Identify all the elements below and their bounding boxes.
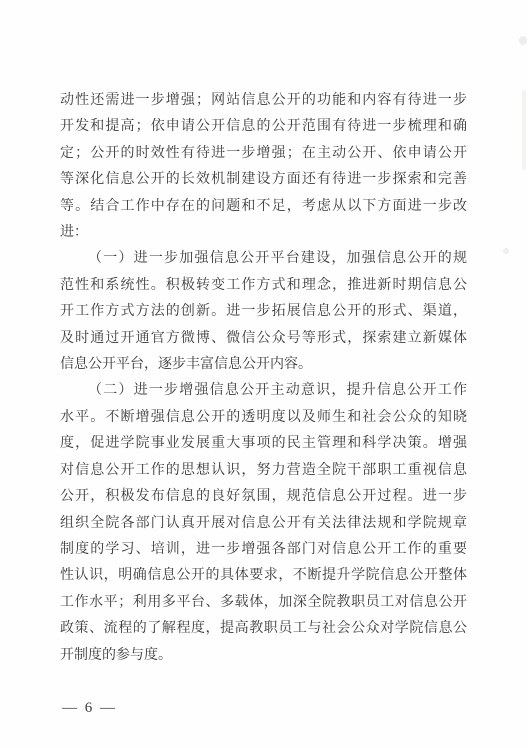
text-line: 度，促进学院事业发展重大事项的民主管理和科学决策。增强 bbox=[60, 431, 467, 457]
scan-artifact bbox=[519, 36, 527, 45]
text-line: 开工作方式方法的创新。进一步拓展信息公开的形式、渠道， bbox=[60, 299, 467, 325]
scan-artifact bbox=[503, 248, 509, 254]
text-line: 政策、流程的了解程度，提高教职员工与社会公众对学院信息公 bbox=[60, 616, 467, 642]
text-line: 动性还需进一步增强；网站信息公开的功能和内容有待进一步 bbox=[60, 88, 467, 114]
text-line: 进： bbox=[60, 220, 467, 246]
text-line: 及时通过开通官方微博、微信公众号等形式，探索建立新媒体 bbox=[60, 326, 467, 352]
text-line: 水平。不断增强信息公开的透明度以及师生和社会公众的知晓 bbox=[60, 405, 467, 431]
text-line: 组织全院各部门认真开展对信息公开有关法律法规和学院规章 bbox=[60, 511, 467, 537]
text-line: 定；公开的时效性有待进一步增强；在主动公开、依申请公开 bbox=[60, 141, 467, 167]
text-line: 性认识，明确信息公开的具体要求，不断提升学院信息公开整体 bbox=[60, 563, 467, 589]
text-line: 范性和系统性。积极转变工作方式和理念，推进新时期信息公 bbox=[60, 273, 467, 299]
text-line-section-1: （一）进一步加强信息公开平台建设，加强信息公开的规 bbox=[60, 246, 467, 272]
text-line: 开发和提高；依申请公开信息的公开范围有待进一步梳理和确 bbox=[60, 114, 467, 140]
document-page: 动性还需进一步增强；网站信息公开的功能和内容有待进一步 开发和提高；依申请公开信… bbox=[0, 0, 528, 748]
text-line: 公开，积极发布信息的良好氛围，规范信息公开过程。进一步 bbox=[60, 484, 467, 510]
text-line: 等。结合工作中存在的问题和不足，考虑从以下方面进一步改 bbox=[60, 194, 467, 220]
page-number: — 6 — bbox=[62, 700, 117, 717]
text-line: 开制度的参与度。 bbox=[60, 643, 467, 669]
text-line: 信息公开平台，逐步丰富信息公开内容。 bbox=[60, 352, 467, 378]
text-line: 工作水平；利用多平台、多载体，加深全院教职员工对信息公开 bbox=[60, 590, 467, 616]
scan-artifact bbox=[522, 90, 526, 170]
text-line-section-2: （二）进一步增强信息公开主动意识，提升信息公开工作 bbox=[60, 378, 467, 404]
text-line: 对信息公开工作的思想认识，努力营造全院干部职工重视信息 bbox=[60, 458, 467, 484]
text-line: 制度的学习、培训，进一步增强各部门对信息公开工作的重要 bbox=[60, 537, 467, 563]
document-body: 动性还需进一步增强；网站信息公开的功能和内容有待进一步 开发和提高；依申请公开信… bbox=[60, 88, 467, 669]
text-line: 等深化信息公开的长效机制建设方面还有待进一步探索和完善 bbox=[60, 167, 467, 193]
